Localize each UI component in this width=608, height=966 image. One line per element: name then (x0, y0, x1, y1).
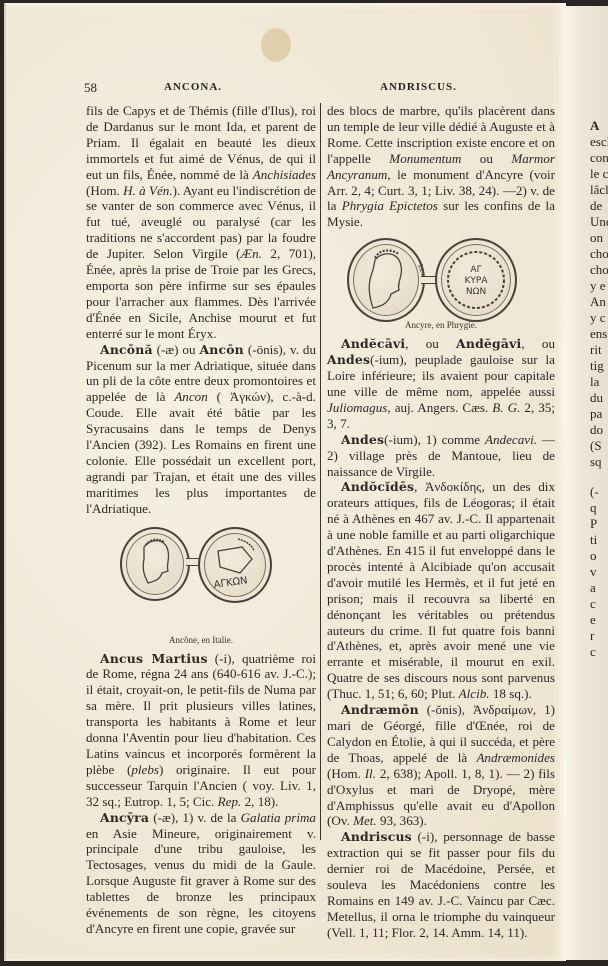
next-page-fragment: sq (590, 454, 602, 470)
coin-reverse-hand: ΑΓΚΩΝ (198, 527, 272, 603)
entry-andriscus: Andriscus (-i), personnage de basse extr… (327, 829, 555, 940)
text-run: (-ŏnis) (427, 702, 462, 717)
figure-caption: Ancône, en Italie. (86, 633, 316, 649)
next-page-fragment: A (590, 118, 599, 134)
italic-text: Æn. (240, 246, 261, 261)
italic-text: Phrygia Epictetos (342, 198, 438, 213)
text-run: (-i) (418, 829, 435, 844)
svg-text:ΝΩΝ: ΝΩΝ (466, 287, 486, 297)
text-run: 18 sq.). (493, 686, 532, 701)
coin-figure-ancona: ΑΓΚΩΝ Ancône, en Italie. (86, 523, 316, 651)
italic-text: Anchisiades (253, 167, 316, 182)
next-page-fragment: lâcl (590, 182, 608, 198)
italic-text: Andræmonides (476, 750, 555, 765)
next-page-fragment: (S (590, 438, 602, 454)
italic-text: Met. (353, 813, 377, 828)
next-page-fragment: le c (590, 166, 608, 182)
text-run: , Ἀνδοκίδης, un des dix orateurs attique… (327, 479, 555, 701)
headword: Andræmōn (341, 702, 419, 717)
next-page-fragment: q (590, 500, 597, 516)
text-run: (-i) (215, 651, 232, 666)
coin-obverse-head (120, 527, 190, 601)
running-head: 58 ANCONA. ANDRISCUS. (84, 80, 554, 98)
coin-figure-ancyra: ΣΕΒΑΣΤ ΑΓ ΚΥΡΑ ΝΩΝ Ancyre, en Phrygie. (327, 236, 555, 336)
next-page-fragment: e (590, 612, 596, 628)
text-run: , 1) v. de la (175, 810, 236, 825)
text-run: en Asie Mineure, originairement v. princ… (86, 826, 316, 936)
text-run: (-æ) (153, 810, 175, 825)
next-page-fragment: du (590, 390, 603, 406)
text-run: ou (480, 151, 493, 166)
column-rule (320, 103, 321, 840)
entry-andecavi: Andĕcāvi, ou Andĕgāvi, ou Andes(-ium), p… (327, 336, 555, 431)
coin-obverse-emperor: ΣΕΒΑΣΤ (347, 238, 425, 322)
text-run: , ou (405, 336, 439, 351)
italic-text: plebs (131, 762, 159, 777)
entry-ancus-martius: Ancus Martius (-i), quatrième roi de Rom… (86, 651, 316, 810)
text-run: , personnage de basse extraction qui se … (327, 829, 555, 939)
anchises-continuation: fils de Capys et de Thémis (fille d'Ilus… (86, 103, 316, 342)
italic-text: Ancon (174, 389, 207, 404)
next-page-fragment: escl (590, 134, 608, 150)
text-run: ( Ἀγκών), c.-à-d. Coude. Elle avait été … (86, 389, 316, 515)
headword: Andes (327, 352, 370, 367)
italic-text: Alcib. (459, 686, 490, 701)
headword: Ancōn (199, 342, 243, 357)
next-page-fragment: ti (590, 532, 597, 548)
italic-text: H. à Vén. (123, 183, 172, 198)
next-page-fragment: c (590, 644, 596, 660)
next-page-fragment: do (590, 422, 603, 438)
headword: Andes (341, 432, 384, 447)
coin-reverse-wreath: ΑΓ ΚΥΡΑ ΝΩΝ (435, 238, 517, 322)
svg-text:ΑΓΚΩΝ: ΑΓΚΩΝ (213, 575, 248, 591)
figure-caption: Ancyre, en Phrygie. (327, 318, 555, 334)
next-page-fragment: tig (590, 358, 604, 374)
text-run: , 1) comme (418, 432, 481, 447)
text-run: 2, 18). (245, 794, 279, 809)
paper-stain (261, 28, 291, 62)
next-page-fragment: de (590, 198, 602, 214)
text-run: , auj. Angers. Cæs. (387, 400, 488, 415)
next-page-fragment: c (590, 596, 596, 612)
headword: Ancōnă (100, 342, 153, 357)
next-page-fragment: a (590, 580, 596, 596)
entry-ancona: Ancōnă (-æ) ou Ancōn (-ōnis), v. du Pice… (86, 342, 316, 517)
italic-text: Rep. (218, 794, 242, 809)
text-run: (-ōnis) (248, 342, 283, 357)
next-page-fragment: (- (590, 484, 599, 500)
text-run: , quatrième roi de Rome, régna 24 ans (6… (86, 651, 316, 777)
next-page-fragment: cho (590, 262, 608, 278)
headword: Ancus Martius (100, 651, 208, 666)
headword: Ancȳra (100, 810, 149, 825)
next-page-fragment: o (590, 548, 597, 564)
next-page-fragment: v (590, 564, 597, 580)
next-page-fragment: y e (590, 278, 606, 294)
entry-andocides: Andŏcĭdēs, Ἀνδοκίδης, un des dix orateur… (327, 479, 555, 702)
headword: Andĕcāvi (341, 336, 405, 351)
next-page-fragment: y c (590, 310, 606, 326)
entry-andes: Andes(-ium), 1) comme Andecavi. — 2) vil… (327, 432, 555, 480)
text-run: (Hom. (86, 183, 120, 198)
page-number: 58 (84, 80, 97, 96)
next-page-edge: Aesclconle clâcldeUneonchochoy eAny cens… (564, 6, 608, 960)
next-page-fragment: An (590, 294, 606, 310)
running-head-right: ANDRISCUS. (380, 81, 457, 93)
text-run: (-ium) (370, 352, 403, 367)
svg-text:ΚΥΡΑ: ΚΥΡΑ (465, 276, 489, 286)
left-column: fils de Capys et de Thémis (fille d'Ilus… (86, 103, 316, 937)
italic-text: B. G. (492, 400, 520, 415)
svg-text:ΑΓ: ΑΓ (470, 265, 481, 275)
italic-text: Il. (365, 766, 376, 781)
italic-text: Galatia prima (241, 810, 316, 825)
headword: Andriscus (341, 829, 412, 844)
next-page-fragment: la (590, 374, 599, 390)
headword: Andŏcĭdēs (341, 479, 414, 494)
italic-text: Monumentum (389, 151, 461, 166)
text-run: (Hom. (327, 766, 361, 781)
next-page-fragment: r (590, 628, 594, 644)
text-run: ou (182, 342, 195, 357)
running-head-left: ANCONA. (164, 81, 222, 93)
next-page-fragment: con (590, 150, 608, 166)
next-page-fragment: P (590, 516, 597, 532)
next-page-fragment: rit (590, 342, 602, 358)
entry-andraemon: Andræmōn (-ŏnis), Ἀνδραίμων, 1) mari de … (327, 702, 555, 829)
next-page-fragment: cho (590, 246, 608, 262)
next-page-fragment: Une (590, 214, 608, 230)
text-run: (-ium) (384, 432, 417, 447)
entry-ancyra: Ancȳra (-æ), 1) v. de la Galatia prima e… (86, 810, 316, 937)
italic-text: Juliomagus (327, 400, 387, 415)
headword: Andĕgāvi (456, 336, 521, 351)
next-page-fragment: pa (590, 406, 602, 422)
ancyra-continuation: des blocs de marbre, qu'ils placèrent da… (327, 103, 555, 230)
right-column: des blocs de marbre, qu'ils placèrent da… (327, 103, 555, 941)
next-page-fragment: ens (590, 326, 607, 342)
italic-text: Andecavi. (485, 432, 537, 447)
text-run: (-æ) (157, 342, 179, 357)
text-run: , ou (521, 336, 555, 351)
next-page-fragment: on (590, 230, 603, 246)
text-run: 93, 363). (380, 813, 427, 828)
